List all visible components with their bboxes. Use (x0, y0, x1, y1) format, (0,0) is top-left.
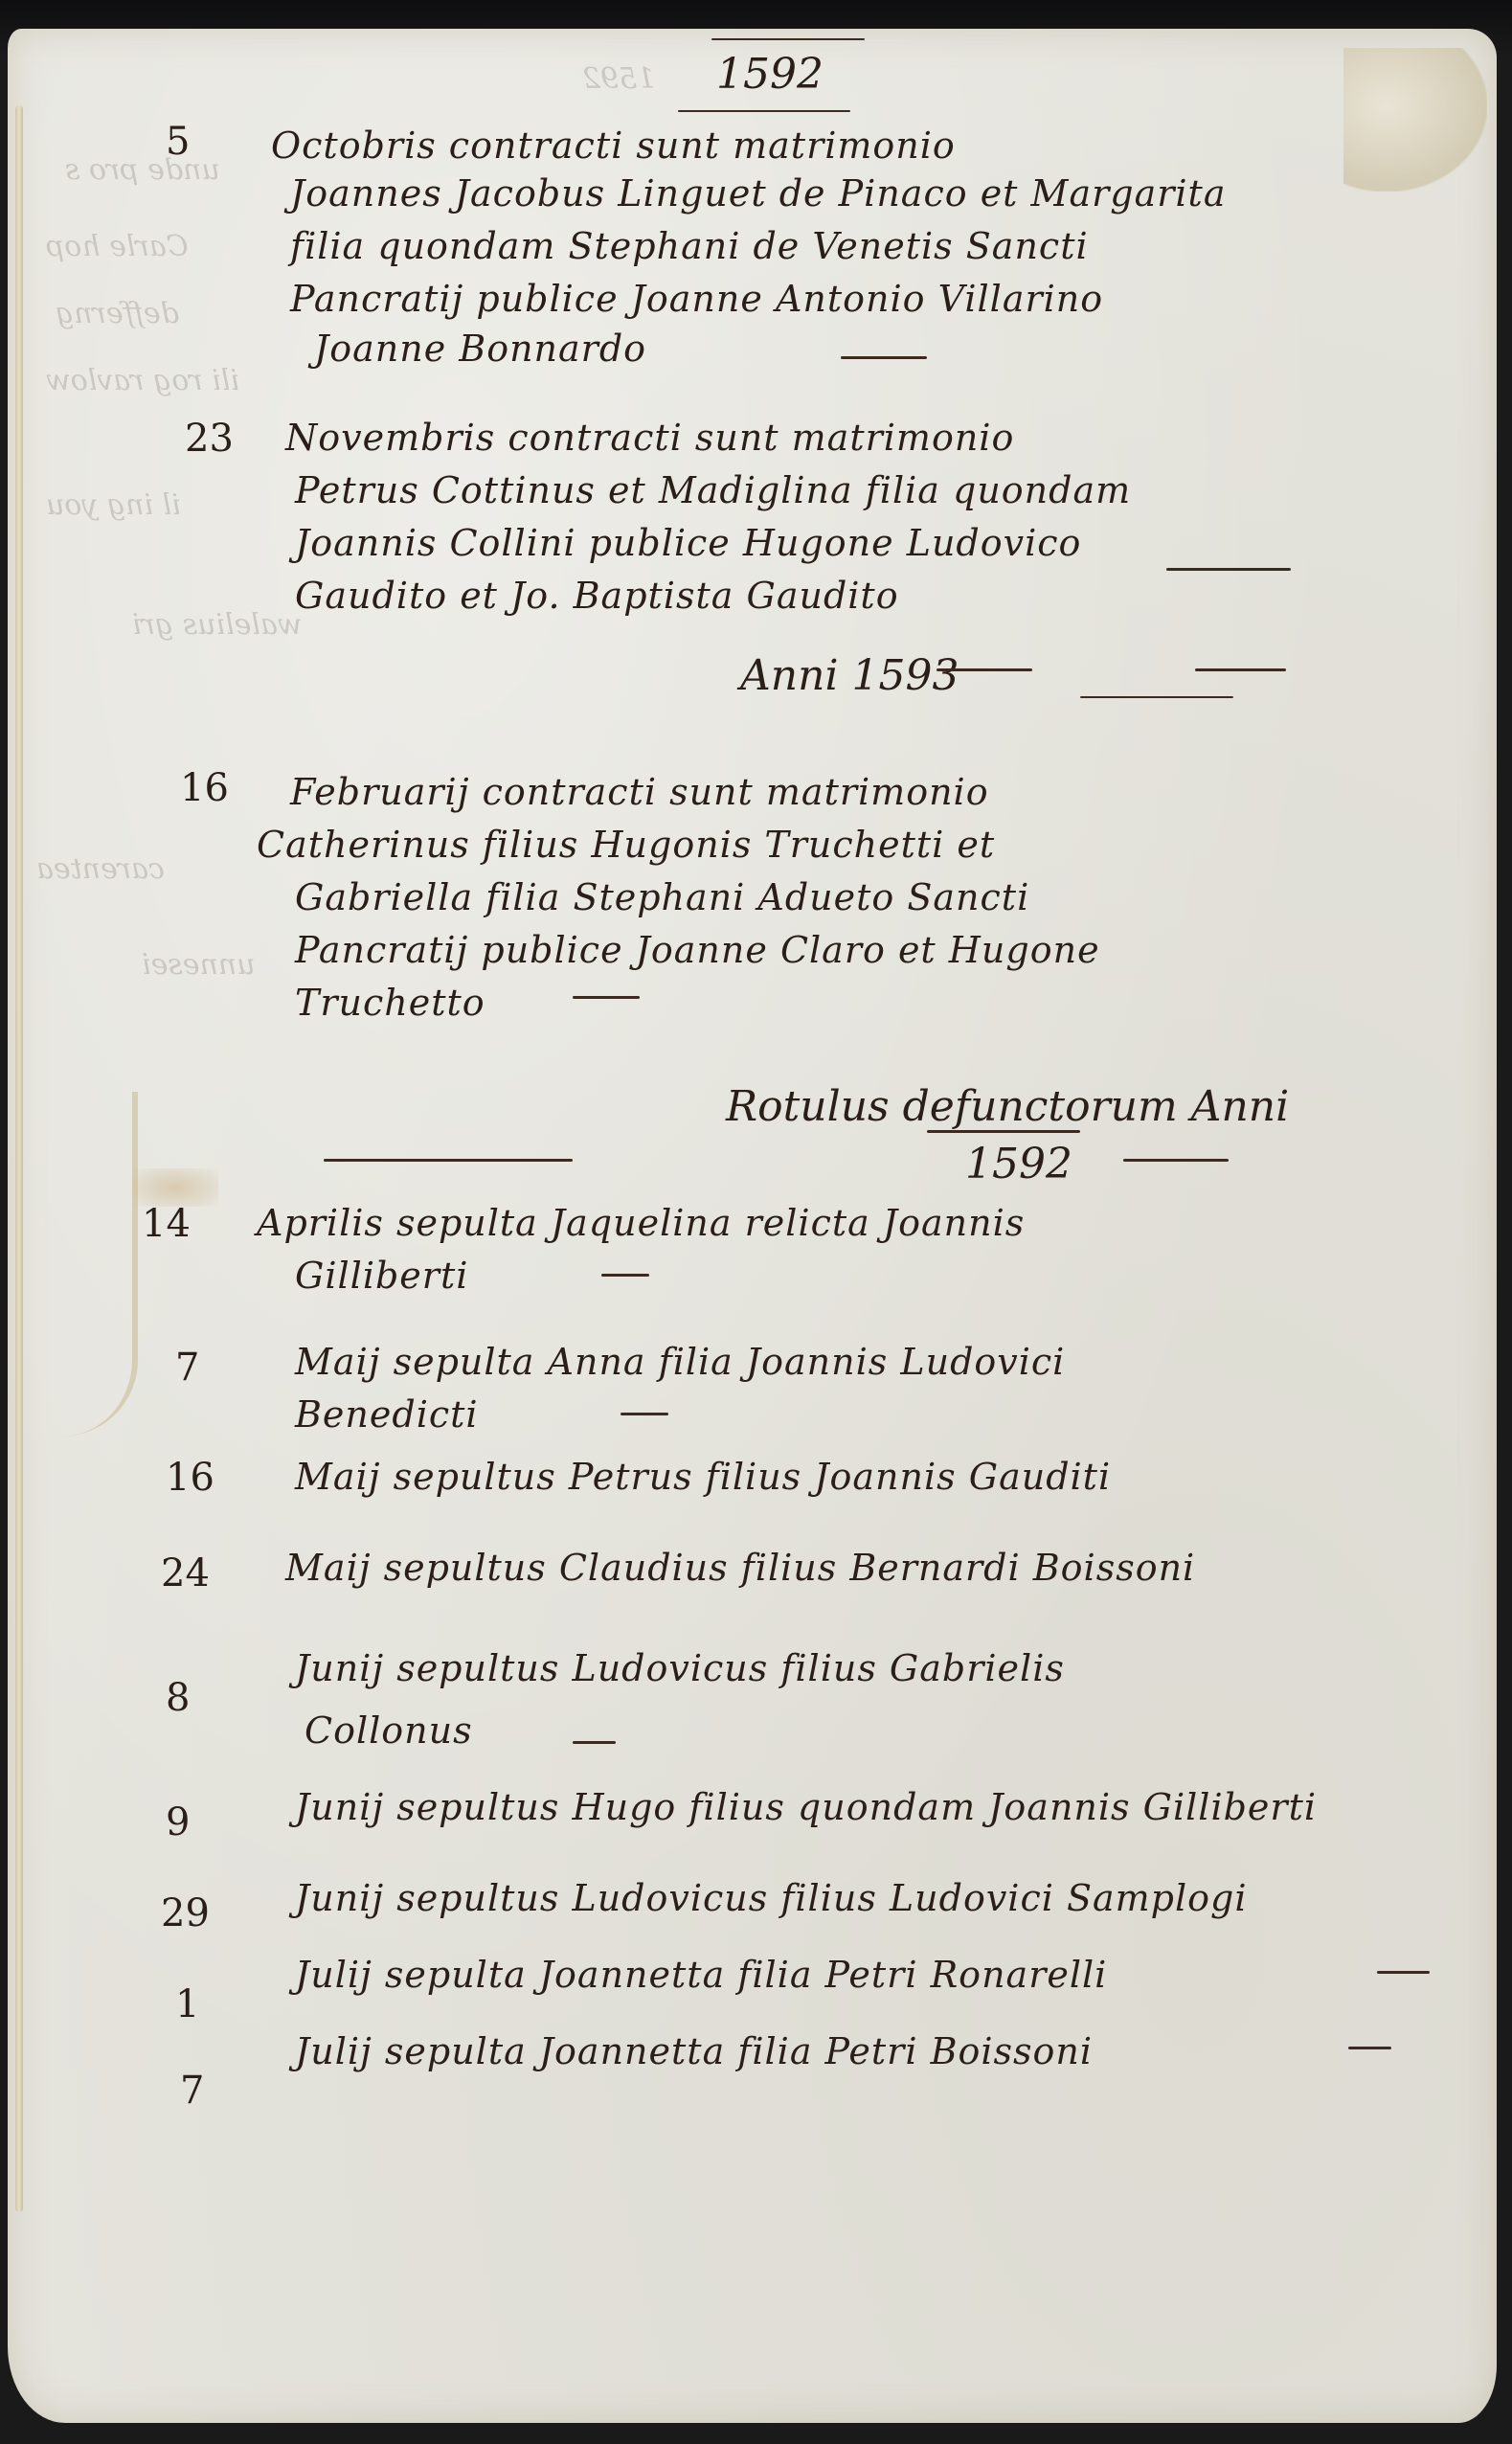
entry-day: 9 (166, 1800, 190, 1844)
entry-line: Joannis Collini publice Hugone Ludovico (295, 522, 1081, 564)
entry-day: 7 (175, 1346, 199, 1390)
entry-day: 7 (180, 2069, 204, 2113)
entry-line: Julij sepulta Joannetta filia Petri Rona… (295, 1954, 1107, 1996)
entry-line: Catherinus filius Hugonis Truchetti et (257, 824, 995, 866)
entry-day: 14 (142, 1202, 191, 1246)
bleed-through-text: carentea (36, 852, 165, 886)
entry-line: Junij sepultus Hugo filius quondam Joann… (295, 1786, 1317, 1828)
bleed-through-text: unnesei (142, 948, 255, 982)
bleed-through-year: 1592 (582, 62, 655, 96)
heading-rule (927, 1130, 1080, 1133)
entry-day: 8 (166, 1676, 190, 1720)
entry-line: Maij sepulta Anna filia Joannis Ludovici (295, 1341, 1065, 1383)
entry-line: Gaudito et Jo. Baptista Gaudito (295, 575, 899, 617)
entry-day: 1 (175, 1982, 199, 2026)
bleed-through-text: Carle hop (46, 230, 189, 263)
page-year-header: 1592 (716, 50, 824, 99)
manuscript-page: 1592 unde pro s Carle hop defferng ili r… (8, 29, 1497, 2423)
heading-underline (1080, 696, 1233, 698)
entry-line: Collonus (305, 1709, 473, 1752)
bleed-through-text: ili rog ravlow (46, 364, 239, 397)
line-filler-rule (573, 996, 640, 999)
entry-line: Joanne Bonnardo (314, 328, 646, 370)
entry-day: 16 (166, 1456, 214, 1500)
heading-rule (1123, 1159, 1229, 1162)
entry-line: Pancratij publice Joanne Antonio Villari… (290, 278, 1103, 320)
entry-day: 29 (161, 1891, 210, 1935)
entry-line: Benedicti (295, 1393, 479, 1436)
line-filler-rule (621, 1413, 668, 1415)
header-overline (711, 38, 865, 40)
entry-line: Maij sepultus Claudius filius Bernardi B… (285, 1547, 1195, 1589)
binding-thread (15, 105, 23, 2212)
entry-line: Novembris contracti sunt matrimonio (285, 417, 1014, 459)
entry-line: Joannes Jacobus Linguet de Pinaco et Mar… (290, 172, 1226, 215)
bleed-through-text: unde pro s (65, 153, 220, 187)
header-underline (678, 110, 850, 112)
bleed-through-text: defferng (56, 297, 179, 330)
entry-day: 23 (185, 417, 234, 461)
heading-rule (937, 668, 1032, 671)
entry-line: Pancratij publice Joanne Claro et Hugone (295, 929, 1100, 971)
entry-line: filia quondam Stephani de Venetis Sancti (290, 225, 1089, 267)
section-heading-deaths: Rotulus defunctorum Anni (726, 1082, 1289, 1131)
entry-line: Julij sepulta Joannetta filia Petri Bois… (295, 2030, 1093, 2072)
entry-line: Petrus Cottinus et Madiglina filia quond… (295, 469, 1131, 511)
bleed-through-text: il ing you (46, 488, 181, 522)
line-filler-rule (1348, 2047, 1391, 2049)
entry-line: Gilliberti (295, 1255, 468, 1297)
line-filler-rule (841, 356, 927, 359)
paper-stain (132, 1168, 218, 1207)
section-subtitle-year: 1592 (965, 1140, 1072, 1188)
line-filler-rule (1166, 568, 1291, 571)
folded-corner (1343, 48, 1487, 192)
entry-day: 5 (166, 120, 190, 164)
entry-line: Junij sepultus Ludovicus filius Ludovici… (295, 1877, 1248, 1919)
entry-line: Octobris contracti sunt matrimonio (271, 124, 956, 167)
line-filler-rule (1377, 1971, 1430, 1974)
entry-line: Aprilis sepulta Jaquelina relicta Joanni… (257, 1202, 1025, 1244)
entry-line: Maij sepultus Petrus filius Joannis Gaud… (295, 1456, 1111, 1498)
entry-day: 16 (180, 766, 229, 810)
line-filler-rule (573, 1741, 616, 1744)
heading-rule (324, 1159, 573, 1162)
entry-line: Gabriella filia Stephani Adueto Sancti (295, 876, 1029, 918)
binding-thread-loop (27, 1092, 138, 1437)
entry-line: Februarij contracti sunt matrimonio (290, 771, 989, 813)
entry-line: Truchetto (295, 982, 485, 1024)
bleed-through-text: walelius gri (132, 608, 303, 642)
entry-line: Junij sepultus Ludovicus filius Gabrieli… (295, 1647, 1065, 1689)
section-year-heading: Anni 1593 (740, 651, 959, 700)
heading-rule (1195, 668, 1286, 671)
entry-day: 24 (161, 1551, 210, 1595)
line-filler-rule (601, 1274, 649, 1277)
